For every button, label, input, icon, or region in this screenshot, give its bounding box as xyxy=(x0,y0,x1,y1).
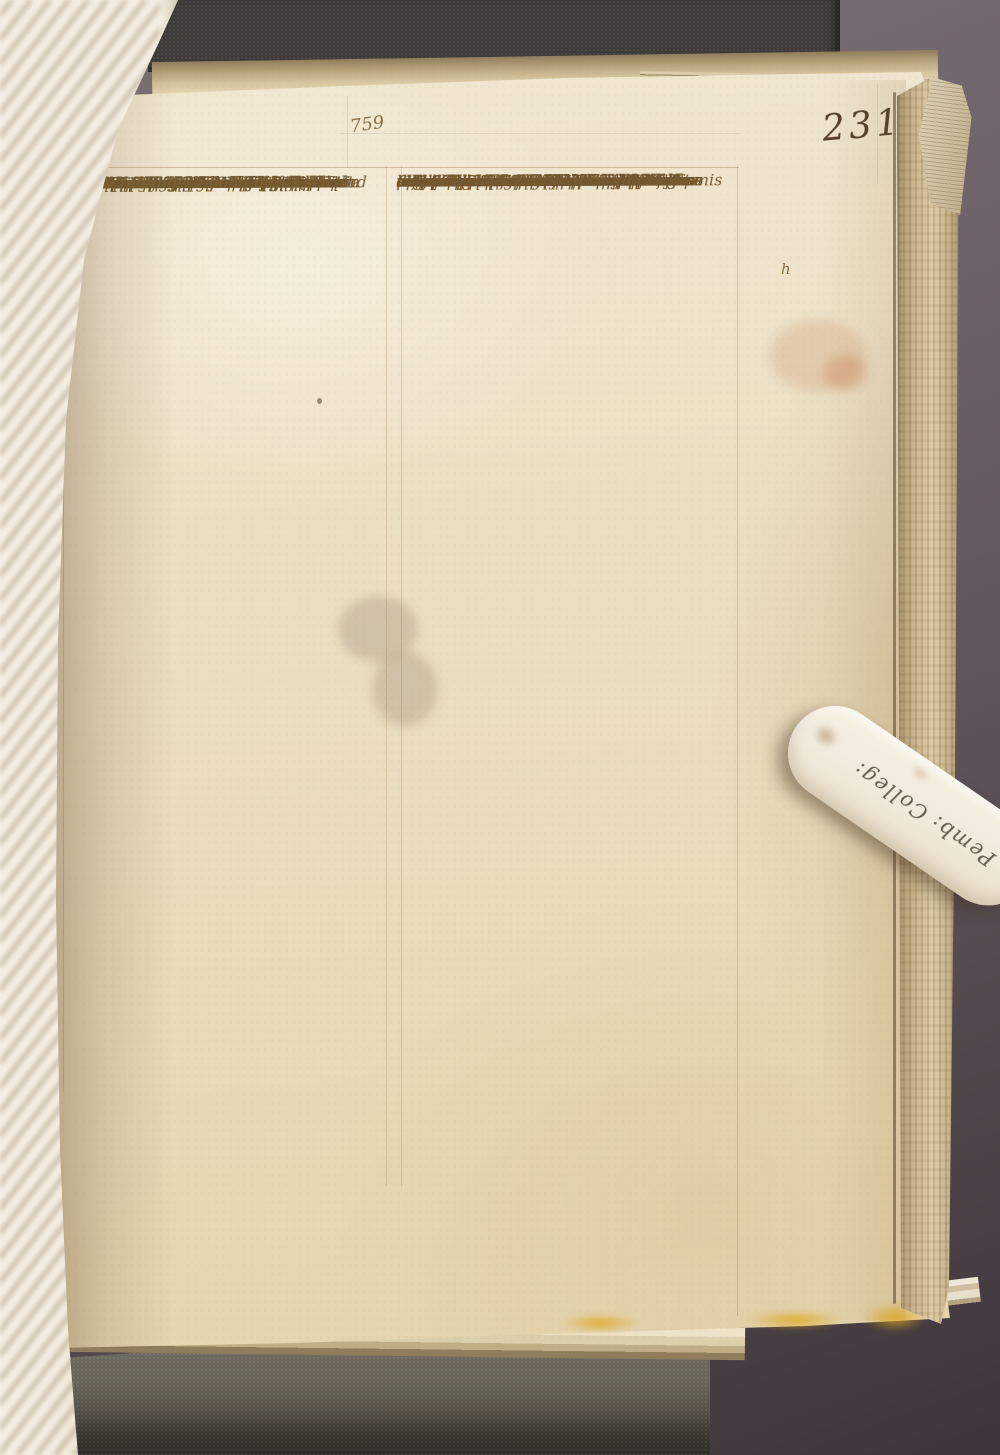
ink-speck xyxy=(317,398,322,404)
crease-line-top-center xyxy=(347,96,348,168)
smudge-stain-lower xyxy=(372,652,438,726)
manuscript-photograph: patus & petens ad oia & oia vident inais… xyxy=(0,0,1000,1455)
margin-mark: h xyxy=(781,260,791,278)
fox-stain-center xyxy=(824,356,866,390)
ruling-line-horizontal-upper xyxy=(340,133,740,134)
edge-stain-yellow xyxy=(560,1314,640,1332)
fore-edge xyxy=(897,76,961,1324)
edge-stain-yellow xyxy=(745,1310,845,1330)
manuscript-line: bus corpis que sut despecte & beate xyxy=(396,168,690,193)
fore-edge-gap-shadow xyxy=(893,92,896,1304)
tab-stain xyxy=(808,718,845,754)
ruling-line-vertical-right xyxy=(737,166,738,1316)
